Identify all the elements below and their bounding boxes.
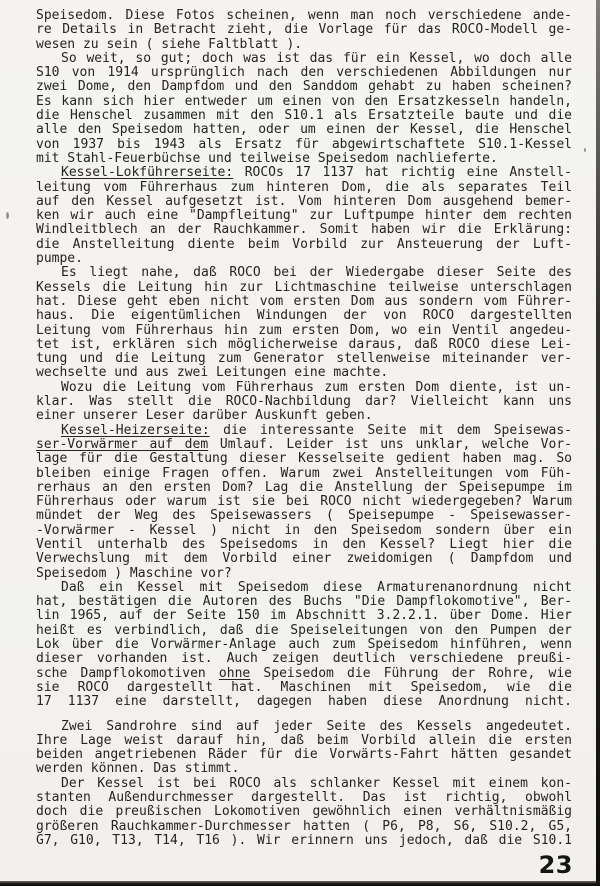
text-line: leitung vom Führerhaus zum hinteren Dom,… <box>36 181 572 195</box>
text-segment: mündet der Weg des Speisewassers ( Speis… <box>36 508 572 523</box>
text-segment: re Details in Betracht zieht, die Vorlag… <box>36 22 572 37</box>
text-segment: größeren Rauchkammer-Durchmesser hatten … <box>36 819 572 834</box>
text-line: re Details in Betracht zieht, die Vorlag… <box>36 23 572 37</box>
text-line: klar. Was stellt die ROCO-Nachbildung da… <box>36 395 572 409</box>
text-line: Speisedom. Diese Fotos scheinen, wenn ma… <box>36 9 572 23</box>
text-segment: die Henschel zusammen mit den S10.1 als … <box>36 108 572 123</box>
text-segment: tet ist, erklären sich möglicherweise da… <box>36 337 572 352</box>
text-segment: -Vorwärmer - Kessel ) nicht in den Speis… <box>36 523 572 538</box>
text-line: lin 1965, auf der Seite 150 im Abschnitt… <box>36 609 572 623</box>
text-line: sche Dampflokomotiven ohne Speisedom die… <box>36 667 572 681</box>
text-line: Kessel-Heizerseite: die interessante Sei… <box>36 424 572 438</box>
page-text: Speisedom. Diese Fotos scheinen, wenn ma… <box>36 9 572 848</box>
scan-speck <box>584 148 586 152</box>
text-line: sie ROCO dargestellt hat. Maschinen mit … <box>36 681 572 695</box>
text-segment: doch die preußischen Lokomotiven gewöhnl… <box>36 804 572 819</box>
scanned-document-page: Speisedom. Diese Fotos scheinen, wenn ma… <box>0 0 600 886</box>
text-segment: hat. Diese geht eben nicht vom ersten Do… <box>36 294 572 309</box>
text-segment: sie ROCO dargestellt hat. Maschinen mit … <box>36 680 572 695</box>
text-segment: auf den Kessel aufgesetzt ist. Vom hinte… <box>36 194 572 209</box>
underlined-text: ohne <box>219 666 250 681</box>
text-line: stanten Außendurchmesser dargestellt. Da… <box>36 791 572 805</box>
text-segment: zwei Dome, den Dampfdom und den Sanddom … <box>36 79 572 94</box>
text-segment: rerhaus an den ersten Dom? Lag die Anste… <box>36 480 572 495</box>
text-line: Kessels die Leitung hin zur Lichtmaschin… <box>36 281 572 295</box>
text-segment: S10 von 1914 ursprünglich nach den versc… <box>36 65 572 80</box>
text-segment: von 1937 bis 1943 als Ersatz für abgewir… <box>36 137 572 152</box>
text-line: einer unserer Leser darüber Auskunft geb… <box>36 409 572 423</box>
text-segment: lin 1965, auf der Seite 150 im Abschnitt… <box>36 608 572 623</box>
text-segment: Wozu die Leitung vom Führerhaus zum erst… <box>61 380 572 395</box>
text-line: tung und die Leitung zum Generator stell… <box>36 352 572 366</box>
underlined-text: Kessel-Heizerseite: <box>61 423 210 438</box>
text-segment: klar. Was stellt die ROCO-Nachbildung da… <box>36 394 572 409</box>
text-line: Kessel-Lokführerseite: ROCOs 17 1137 hat… <box>36 166 572 180</box>
text-segment: Es kann sich hier entweder um einen von … <box>36 94 572 109</box>
text-line: dieser vorhanden ist. Auch zeigen deutli… <box>36 652 572 666</box>
text-segment: Zwei Sandrohre sind auf jeder Seite des … <box>61 719 572 734</box>
text-segment: hat, bestätigen die Autoren des Buchs "D… <box>36 594 572 609</box>
text-segment: tung und die Leitung zum Generator stell… <box>36 351 572 366</box>
text-segment: leitung vom Führerhaus zum hinteren Dom,… <box>36 180 572 195</box>
text-line: Speisedom ) Maschine vor? <box>36 567 572 581</box>
text-segment: haus. Die eigentümlichen Windungen der v… <box>36 308 572 323</box>
text-segment: wechselte und aus zwei Leitungen eine ma… <box>36 365 388 380</box>
text-segment: Der Kessel ist bei ROCO als schlanker Ke… <box>61 776 572 791</box>
text-line: -Vorwärmer - Kessel ) nicht in den Speis… <box>36 524 572 538</box>
text-segment: mit Stahl-Feuerbüchse und teilweise Spei… <box>36 151 498 166</box>
text-segment: heißt es verbindlich, daß die Speiseleit… <box>36 623 572 638</box>
text-segment: Speisedom. Diese Fotos scheinen, wenn ma… <box>36 8 572 23</box>
text-line: Führerhaus oder warum ist sie bei ROCO n… <box>36 495 572 509</box>
text-line: So weit, so gut; doch was ist das für ei… <box>36 52 572 66</box>
text-line: Leitung vom Führerhaus hin zum ersten Do… <box>36 324 572 338</box>
text-segment: Speisedom ) Maschine vor? <box>36 566 232 581</box>
text-line: Verwechslung mit dem Vorbild einer zweid… <box>36 552 572 566</box>
text-line: die Henschel zusammen mit den S10.1 als … <box>36 109 572 123</box>
text-line: werden können. Das stimmt. <box>36 762 572 776</box>
text-segment: werden können. Das stimmt. <box>36 761 240 776</box>
text-line: S10 von 1914 ursprünglich nach den versc… <box>36 66 572 80</box>
text-line: Ihre Lage weist darauf hin, daß beim Vor… <box>36 734 572 748</box>
text-line: lage für die Gestaltung dieser Kesselsei… <box>36 452 572 466</box>
text-line: mit Stahl-Feuerbüchse und teilweise Spei… <box>36 152 572 166</box>
text-line: haus. Die eigentümlichen Windungen der v… <box>36 309 572 323</box>
underlined-text: ser-Vorwärmer auf dem <box>36 437 208 452</box>
text-segment: 17 1137 eine darstellt, dagegen haben di… <box>36 694 572 709</box>
text-segment: ken wir auch eine "Dampfleitung" zur Luf… <box>36 208 572 223</box>
text-segment: die Anstelleitung diente beim Vorbild zu… <box>36 237 572 252</box>
text-line: Es kann sich hier entweder um einen von … <box>36 95 572 109</box>
text-segment: beiden angetriebenen Räder für die Vorwä… <box>36 747 572 762</box>
text-segment: pumpe. <box>36 251 83 266</box>
text-segment: dieser vorhanden ist. Auch zeigen deutli… <box>36 651 572 666</box>
text-line: ser-Vorwärmer auf dem Umlauf. Leider ist… <box>36 438 572 452</box>
text-segment: Daß ein Kessel mit Speisedom diese Armat… <box>61 580 572 595</box>
text-segment: G7, G10, T13, T14, T16 ). Wir erinnern u… <box>36 833 572 848</box>
text-line: doch die preußischen Lokomotiven gewöhnl… <box>36 805 572 819</box>
text-line: Zwei Sandrohre sind auf jeder Seite des … <box>36 720 572 734</box>
text-segment: Umlauf. Leider ist uns unklar, welche Vo… <box>208 437 572 452</box>
text-line: wechselte und aus zwei Leitungen eine ma… <box>36 366 572 380</box>
text-line: wesen zu sein ( siehe Faltblatt ). <box>36 38 572 52</box>
text-line: Wozu die Leitung vom Führerhaus zum erst… <box>36 381 572 395</box>
text-segment: So weit, so gut; doch was ist das für ei… <box>61 51 572 66</box>
text-segment: die interessante Seite mit dem Speisewas… <box>210 423 572 438</box>
scan-speck <box>6 212 9 219</box>
text-line: heißt es verbindlich, daß die Speiseleit… <box>36 624 572 638</box>
scan-edge-bottom <box>0 881 600 886</box>
text-segment: sche Dampflokomotiven <box>36 666 219 681</box>
text-line: die Anstelleitung diente beim Vorbild zu… <box>36 238 572 252</box>
text-segment: bleiben einige Fragen offen. Warum zwei … <box>36 466 572 481</box>
text-segment: lage für die Gestaltung dieser Kesselsei… <box>36 451 572 466</box>
text-line: hat, bestätigen die Autoren des Buchs "D… <box>36 595 572 609</box>
underlined-text: Kessel-Lokführerseite: <box>61 165 233 180</box>
text-line: hat. Diese geht eben nicht vom ersten Do… <box>36 295 572 309</box>
text-segment: ROCOs 17 1137 hat richtig eine Anstell- <box>233 165 572 180</box>
text-segment: Es liegt nahe, daß ROCO bei der Wiederga… <box>61 265 572 280</box>
text-line: 17 1137 eine darstellt, dagegen haben di… <box>36 695 572 709</box>
text-segment: wesen zu sein ( siehe Faltblatt ). <box>36 37 302 52</box>
text-line: bleiben einige Fragen offen. Warum zwei … <box>36 467 572 481</box>
text-line: Windleitblech an der Rauchkammer. Somit … <box>36 223 572 237</box>
text-line: alle den Speisedom hatten, oder um einen… <box>36 123 572 137</box>
text-line: G7, G10, T13, T14, T16 ). Wir erinnern u… <box>36 834 572 848</box>
text-segment: stanten Außendurchmesser dargestellt. Da… <box>36 790 572 805</box>
text-segment: Windleitblech an der Rauchkammer. Somit … <box>36 222 572 237</box>
text-line: rerhaus an den ersten Dom? Lag die Anste… <box>36 481 572 495</box>
text-segment: Kessels die Leitung hin zur Lichtmaschin… <box>36 280 572 295</box>
text-line: Der Kessel ist bei ROCO als schlanker Ke… <box>36 777 572 791</box>
scan-edge-right <box>596 0 600 886</box>
text-segment: Verwechslung mit dem Vorbild einer zweid… <box>36 551 572 566</box>
text-segment: Leitung vom Führerhaus hin zum ersten Do… <box>36 323 572 338</box>
text-line: zwei Dome, den Dampfdom und den Sanddom … <box>36 80 572 94</box>
text-line: größeren Rauchkammer-Durchmesser hatten … <box>36 820 572 834</box>
page-number: 23 <box>539 851 573 879</box>
text-line: Lok über die Vorwärmer-Anlage auch zum S… <box>36 638 572 652</box>
text-line: tet ist, erklären sich möglicherweise da… <box>36 338 572 352</box>
text-line: mündet der Weg des Speisewassers ( Speis… <box>36 509 572 523</box>
text-segment: Führerhaus oder warum ist sie bei ROCO n… <box>36 494 572 509</box>
text-line: beiden angetriebenen Räder für die Vorwä… <box>36 748 572 762</box>
text-segment: Lok über die Vorwärmer-Anlage auch zum S… <box>36 637 572 652</box>
text-segment: Speisedom die Führung der Rohre, wie <box>250 666 572 681</box>
text-line: Es liegt nahe, daß ROCO bei der Wiederga… <box>36 266 572 280</box>
text-line: ken wir auch eine "Dampfleitung" zur Luf… <box>36 209 572 223</box>
text-segment: Ventil unterhalb des Speisedoms in den K… <box>36 537 572 552</box>
text-segment: einer unserer Leser darüber Auskunft geb… <box>36 408 373 423</box>
text-segment: alle den Speisedom hatten, oder um einen… <box>36 122 572 137</box>
text-line: pumpe. <box>36 252 572 266</box>
text-line: auf den Kessel aufgesetzt ist. Vom hinte… <box>36 195 572 209</box>
text-line: Daß ein Kessel mit Speisedom diese Armat… <box>36 581 572 595</box>
text-segment: Ihre Lage weist darauf hin, daß beim Vor… <box>36 733 572 748</box>
text-line: Ventil unterhalb des Speisedoms in den K… <box>36 538 572 552</box>
text-line: von 1937 bis 1943 als Ersatz für abgewir… <box>36 138 572 152</box>
